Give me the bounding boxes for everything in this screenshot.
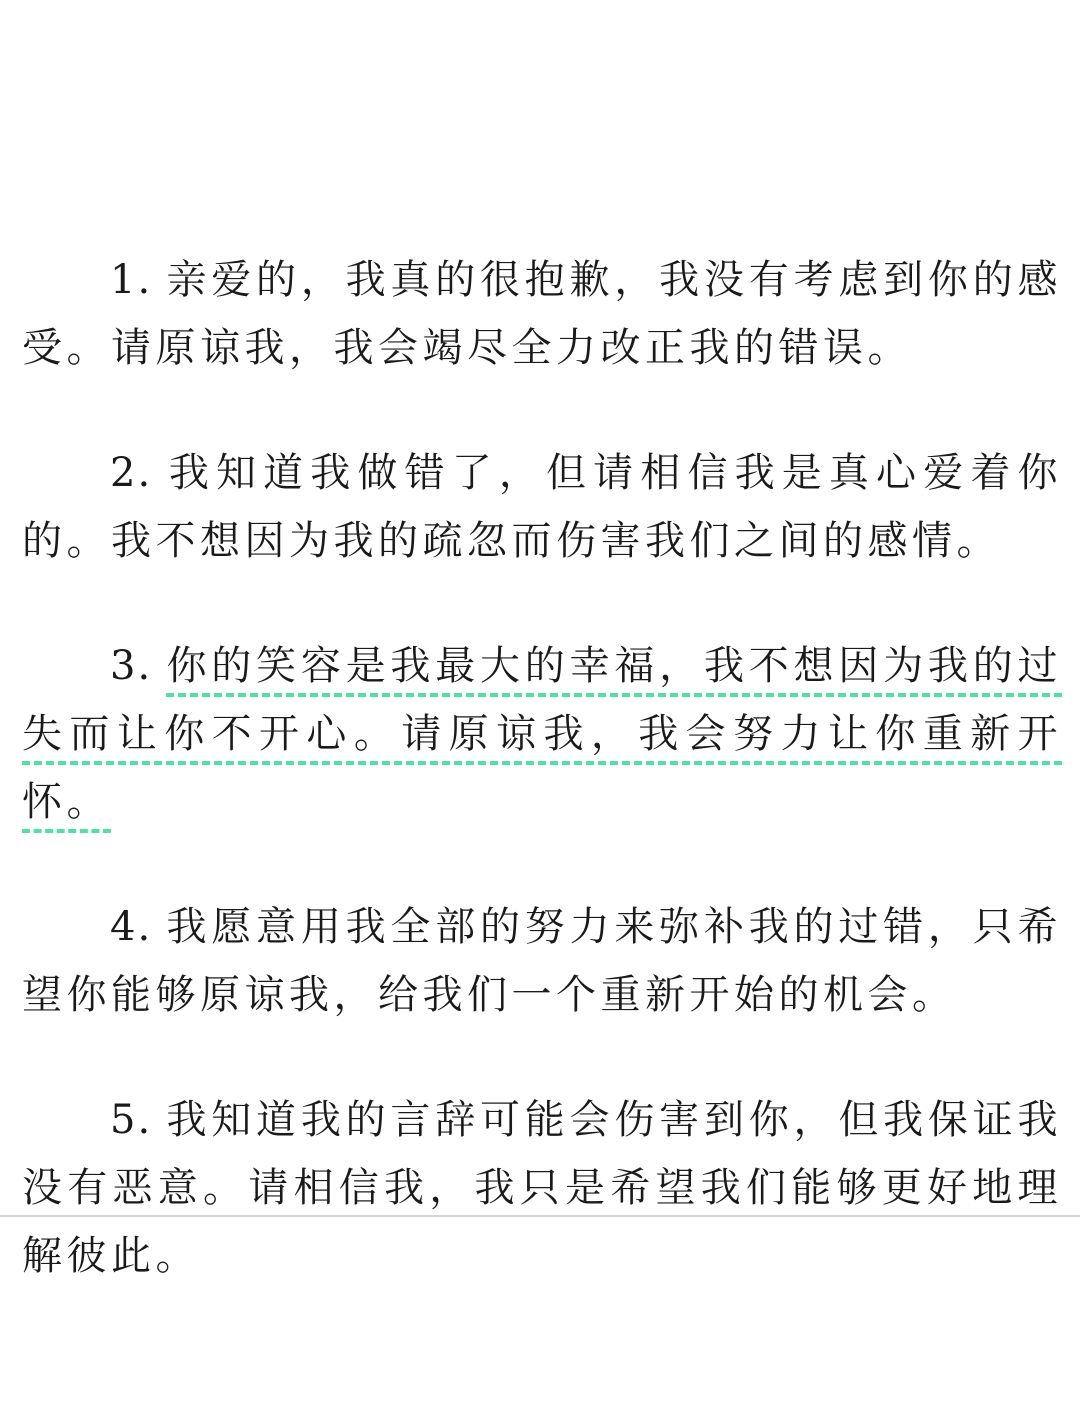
highlighted-paragraph-text[interactable]: 你的笑容是我最大的幸福，我不想因为我的过失而让你不开心。请原谅我，我会努力让你重… xyxy=(22,643,1062,825)
paragraph-text: 我知道我做错了，但请相信我是真心爱着你的。我不想因为我的疏忽而伤害我们之间的感情… xyxy=(22,450,1062,564)
paragraph-number: 1. xyxy=(110,257,152,303)
paragraph-text: 我知道我的言辞可能会伤害到你，但我保证我没有恶意。请相信我，我只是希望我们能够更… xyxy=(22,1097,1062,1279)
page-divider xyxy=(0,1215,1080,1217)
paragraph-2: 2.我知道我做错了，但请相信我是真心爱着你的。我不想因为我的疏忽而伤害我们之间的… xyxy=(22,439,1062,575)
paragraph-number: 3. xyxy=(110,643,152,689)
paragraph-4: 4.我愿意用我全部的努力来弥补我的过错，只希望你能够原谅我，给我们一个重新开始的… xyxy=(22,893,1062,1029)
paragraph-number: 2. xyxy=(110,450,152,496)
paragraph-1: 1.亲爱的，我真的很抱歉，我没有考虑到你的感受。请原谅我，我会竭尽全力改正我的错… xyxy=(22,246,1062,382)
paragraph-text: 我愿意用我全部的努力来弥补我的过错，只希望你能够原谅我，给我们一个重新开始的机会… xyxy=(22,904,1062,1018)
paragraph-5: 5.我知道我的言辞可能会伤害到你，但我保证我没有恶意。请相信我，我只是希望我们能… xyxy=(22,1086,1062,1290)
paragraph-3: 3.你的笑容是我最大的幸福，我不想因为我的过失而让你不开心。请原谅我，我会努力让… xyxy=(22,632,1062,836)
paragraph-number: 4. xyxy=(110,904,152,950)
apology-text-body: 1.亲爱的，我真的很抱歉，我没有考虑到你的感受。请原谅我，我会竭尽全力改正我的错… xyxy=(22,246,1062,1347)
paragraph-number: 5. xyxy=(110,1097,152,1143)
paragraph-text: 亲爱的，我真的很抱歉，我没有考虑到你的感受。请原谅我，我会竭尽全力改正我的错误。 xyxy=(22,257,1062,371)
